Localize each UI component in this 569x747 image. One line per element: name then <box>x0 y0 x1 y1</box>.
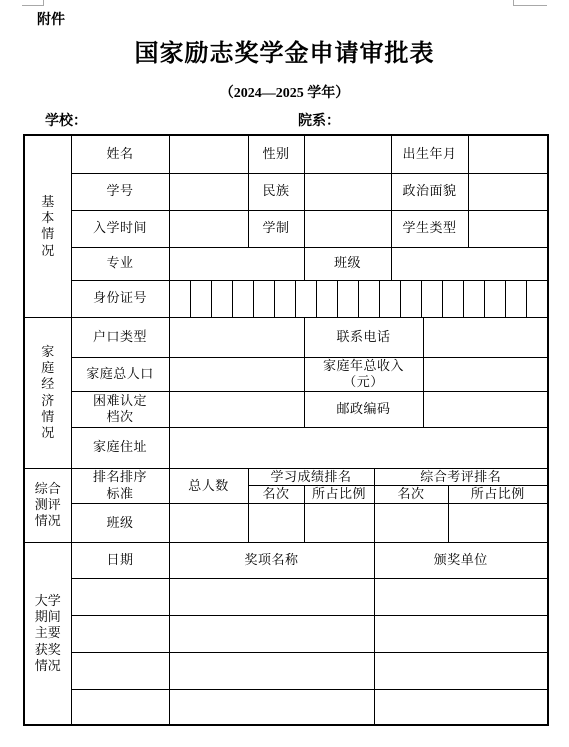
schooling-years-label: 学制 <box>248 210 304 247</box>
award-name-value[interactable] <box>169 689 374 725</box>
class-label: 班级 <box>304 247 391 280</box>
home-address-value[interactable] <box>169 427 548 468</box>
evaluation-section-header: 综合 测评 情况 <box>24 468 71 542</box>
academic-proportion-value[interactable] <box>304 503 374 542</box>
birth-date-value[interactable] <box>468 135 548 173</box>
student-no-label: 学号 <box>71 173 169 210</box>
award-org-value[interactable] <box>374 615 548 652</box>
birth-date-label: 出生年月 <box>391 135 468 173</box>
comprehensive-proportion-label: 所占比例 <box>448 485 548 503</box>
student-no-value[interactable] <box>169 173 248 210</box>
enroll-date-value[interactable] <box>169 210 248 247</box>
attachment-label: 附件 <box>37 9 65 29</box>
comprehensive-rank-value[interactable] <box>374 503 448 542</box>
id-digit-cell[interactable] <box>484 281 505 317</box>
id-digit-cell[interactable] <box>442 281 463 317</box>
id-digit-cell[interactable] <box>170 281 190 317</box>
schooling-years-value[interactable] <box>304 210 391 247</box>
ranking-criteria-label: 排名排序 标准 <box>71 468 169 503</box>
page-corner-mark-right <box>513 0 547 6</box>
award-name-value[interactable] <box>169 615 374 652</box>
award-date-value[interactable] <box>71 689 169 725</box>
difficulty-level-label: 困难认定 档次 <box>71 391 169 427</box>
comprehensive-proportion-value[interactable] <box>448 503 548 542</box>
id-digit-cell[interactable] <box>379 281 400 317</box>
major-label: 专业 <box>71 247 169 280</box>
annual-income-label: 家庭年总收入 （元） <box>304 357 423 391</box>
name-value[interactable] <box>169 135 248 173</box>
award-row <box>24 689 548 725</box>
family-economy-section: 家 庭 经 济 情 况 户口类型 联系电话 家庭总人口 家庭年总收入 （元） 困… <box>24 317 548 468</box>
academic-year-subtitle: （2024—2025 学年） <box>0 82 569 102</box>
basic-section-header: 基 本 情 况 <box>24 135 71 317</box>
academic-proportion-label: 所占比例 <box>304 485 374 503</box>
award-date-value[interactable] <box>71 615 169 652</box>
family-size-label: 家庭总人口 <box>71 357 169 391</box>
id-digit-cell[interactable] <box>358 281 379 317</box>
phone-value[interactable] <box>423 317 548 357</box>
evaluation-class-label: 班级 <box>71 503 169 542</box>
home-address-label: 家庭住址 <box>71 427 169 468</box>
document-page: 附件 国家励志奖学金申请审批表 （2024—2025 学年） 学校： 院系： 基… <box>0 0 569 747</box>
hukou-type-value[interactable] <box>169 317 304 357</box>
id-digit-cell[interactable] <box>526 281 547 317</box>
award-date-label: 日期 <box>71 542 169 578</box>
academic-rank-value[interactable] <box>248 503 304 542</box>
basic-info-section: 基 本 情 况 姓名 性别 出生年月 学号 民族 政治面貌 入学时间 学制 <box>24 135 548 317</box>
political-status-label: 政治面貌 <box>391 173 468 210</box>
department-label: 院系： <box>298 110 340 130</box>
enroll-date-label: 入学时间 <box>71 210 169 247</box>
award-name-value[interactable] <box>169 578 374 615</box>
id-digit-cell[interactable] <box>421 281 442 317</box>
page-corner-mark-left <box>22 0 44 6</box>
gender-label: 性别 <box>248 135 304 173</box>
major-value[interactable] <box>169 247 304 280</box>
award-org-value[interactable] <box>374 689 548 725</box>
class-value[interactable] <box>391 247 548 280</box>
id-number-value-row <box>169 280 548 317</box>
school-label: 学校： <box>45 110 87 130</box>
id-digit-cell[interactable] <box>337 281 358 317</box>
difficulty-level-value[interactable] <box>169 391 304 427</box>
id-number-label: 身份证号 <box>71 280 169 317</box>
id-digit-cell[interactable] <box>274 281 295 317</box>
gender-value[interactable] <box>304 135 391 173</box>
id-digit-cell[interactable] <box>295 281 316 317</box>
id-digit-cell[interactable] <box>316 281 337 317</box>
page-title: 国家励志奖学金申请审批表 <box>0 33 569 68</box>
id-number-cells <box>170 281 548 317</box>
hukou-type-label: 户口类型 <box>71 317 169 357</box>
name-label: 姓名 <box>71 135 169 173</box>
application-form-table: 基 本 情 况 姓名 性别 出生年月 学号 民族 政治面貌 入学时间 学制 <box>23 134 549 726</box>
award-org-label: 颁奖单位 <box>374 542 548 578</box>
phone-label: 联系电话 <box>304 317 423 357</box>
award-date-value[interactable] <box>71 578 169 615</box>
id-digit-cell[interactable] <box>190 281 211 317</box>
family-section-header: 家 庭 经 济 情 况 <box>24 317 71 468</box>
award-row <box>24 652 548 689</box>
id-digit-cell[interactable] <box>505 281 526 317</box>
postal-code-value[interactable] <box>423 391 548 427</box>
awards-section: 大学 期间 主要 获奖 情况 日期 奖项名称 颁奖单位 <box>24 542 548 725</box>
political-status-value[interactable] <box>468 173 548 210</box>
family-size-value[interactable] <box>169 357 304 391</box>
award-date-value[interactable] <box>71 652 169 689</box>
ethnicity-label: 民族 <box>248 173 304 210</box>
annual-income-value[interactable] <box>423 357 548 391</box>
awards-section-header: 大学 期间 主要 获奖 情况 <box>24 542 71 725</box>
evaluation-total-value[interactable] <box>169 503 248 542</box>
postal-code-label: 邮政编码 <box>304 391 423 427</box>
id-digit-cell[interactable] <box>211 281 232 317</box>
award-org-value[interactable] <box>374 652 548 689</box>
id-digit-cell[interactable] <box>400 281 421 317</box>
ethnicity-value[interactable] <box>304 173 391 210</box>
student-type-label: 学生类型 <box>391 210 468 247</box>
student-type-value[interactable] <box>468 210 548 247</box>
comprehensive-rank-label: 名次 <box>374 485 448 503</box>
award-row <box>24 615 548 652</box>
id-digit-cell[interactable] <box>253 281 274 317</box>
evaluation-section: 综合 测评 情况 排名排序 标准 总人数 学习成绩排名 综合考评排名 名次 所占… <box>24 468 548 542</box>
award-org-value[interactable] <box>374 578 548 615</box>
id-digit-cell[interactable] <box>232 281 253 317</box>
academic-rank-label: 名次 <box>248 485 304 503</box>
award-name-label: 奖项名称 <box>169 542 374 578</box>
id-digit-cell[interactable] <box>463 281 484 317</box>
award-name-value[interactable] <box>169 652 374 689</box>
academic-ranking-label: 学习成绩排名 <box>248 468 374 485</box>
award-row <box>24 578 548 615</box>
total-count-label: 总人数 <box>169 468 248 503</box>
comprehensive-ranking-label: 综合考评排名 <box>374 468 548 485</box>
